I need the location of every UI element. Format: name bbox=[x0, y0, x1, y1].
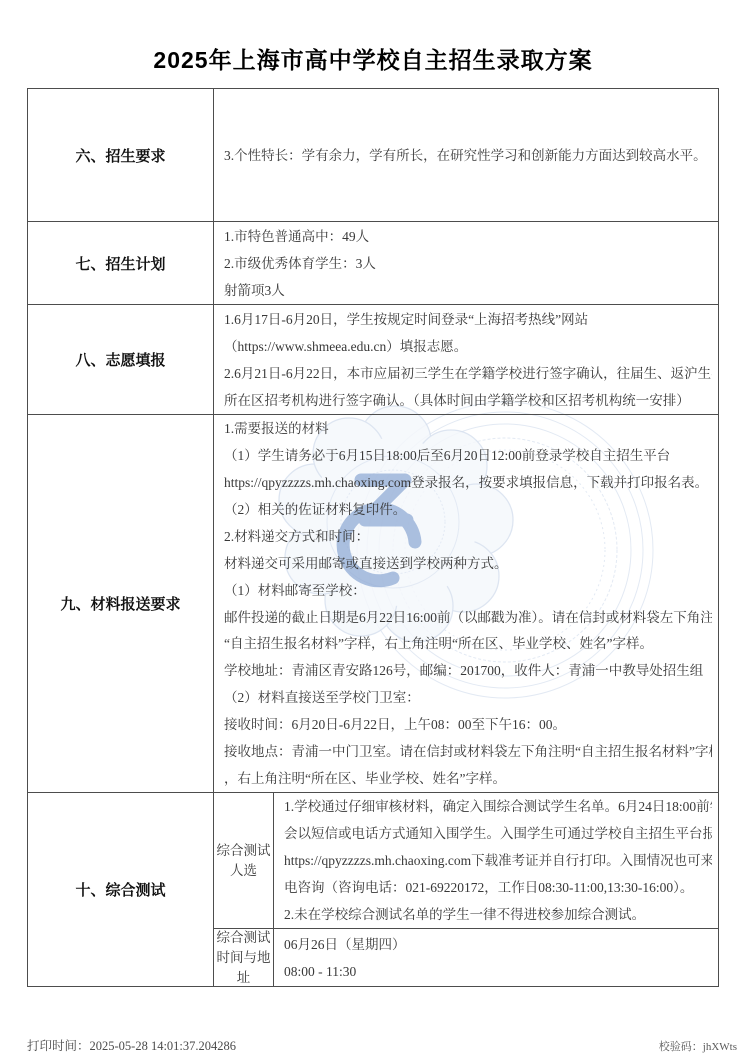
text-line: 1.需要报送的材料 bbox=[224, 415, 712, 442]
text-line: （https://www.shmeea.edu.cn）填报志愿。 bbox=[224, 333, 712, 360]
row-content: 1.市特色普通高中：49人 2.市级优秀体育学生：3人 射箭项3人 bbox=[214, 222, 718, 304]
admission-plan-table: 六、招生要求 3.个性特长：学有余力，学有所长，在研究性学习和创新能力方面达到较… bbox=[27, 88, 719, 987]
text-line: 射箭项3人 bbox=[224, 277, 712, 304]
subrow-test-shortlist: 综合测试人选 1.学校通过仔细审核材料，确定入围综合测试学生名单。6月24日18… bbox=[214, 793, 718, 929]
text-line: https://qpyzzzzs.mh.chaoxing.com登录报名，按要求… bbox=[224, 469, 712, 496]
text-line: 1.学校通过仔细审核材料，确定入围综合测试学生名单。6月24日18:00前学校 bbox=[284, 793, 712, 820]
text-line: 2.材料递交方式和时间： bbox=[224, 523, 712, 550]
row-label-comprehensive-test: 十、综合测试 bbox=[28, 793, 214, 986]
text-line: 3.个性特长：学有余力，学有所长，在研究性学习和创新能力方面达到较高水平。 bbox=[224, 142, 712, 169]
row-label-enrollment-plan: 七、招生计划 bbox=[28, 222, 214, 304]
text-line: 会以短信或电话方式通知入围学生。入围学生可通过学校自主招生平台报名 bbox=[284, 820, 712, 847]
row-content: 1.6月17日-6月20日，学生按规定时间登录“上海招考热线”网站 （https… bbox=[214, 305, 718, 414]
text-line: https://qpyzzzzs.mh.chaoxing.com下载准考证并自行… bbox=[284, 847, 712, 874]
subrow-test-time-place: 综合测试时间与地址 06月26日（星期四） 08:00 - 11:30 bbox=[214, 929, 718, 986]
text-line: 邮件投递的截止日期是6月22日16:00前（以邮戳为准）。请在信封或材料袋左下角… bbox=[224, 604, 712, 631]
text-line: 06月26日（星期四） bbox=[284, 931, 712, 958]
table-row: 十、综合测试 综合测试人选 1.学校通过仔细审核材料，确定入围综合测试学生名单。… bbox=[28, 793, 718, 986]
text-line: 接收时间：6月20日-6月22日，上午08：00至下午16：00。 bbox=[224, 711, 712, 738]
print-time-text: 打印时间：2025-05-28 14:01:37.204286 bbox=[27, 1036, 236, 1054]
text-line: （1）材料邮寄至学校： bbox=[224, 577, 712, 604]
subrow-content: 1.学校通过仔细审核材料，确定入围综合测试学生名单。6月24日18:00前学校 … bbox=[274, 793, 718, 928]
subrow-content: 06月26日（星期四） 08:00 - 11:30 bbox=[274, 929, 718, 986]
row-content: 1.需要报送的材料 （1）学生请务必于6月15日18:00后至6月20日12:0… bbox=[214, 415, 718, 792]
text-line: （2）材料直接送至学校门卫室： bbox=[224, 684, 712, 711]
row-label-enrollment-requirements: 六、招生要求 bbox=[28, 89, 214, 221]
comprehensive-test-subrows: 综合测试人选 1.学校通过仔细审核材料，确定入围综合测试学生名单。6月24日18… bbox=[214, 793, 718, 986]
text-line: 2.未在学校综合测试名单的学生一律不得进校参加综合测试。 bbox=[284, 901, 712, 928]
row-label-material-submission: 九、材料报送要求 bbox=[28, 415, 214, 792]
text-line: 1.市特色普通高中：49人 bbox=[224, 223, 712, 250]
check-code-text: 校验码：jhXWts bbox=[659, 1038, 737, 1054]
text-line: 2.6月21日-6月22日，本市应届初三学生在学籍学校进行签字确认，往届生、返沪… bbox=[224, 360, 712, 387]
row-label-application: 八、志愿填报 bbox=[28, 305, 214, 414]
table-row: 九、材料报送要求 1.需要报送的材料 （1）学生请务必于6月15日18:00后至… bbox=[28, 415, 718, 793]
subrow-label-time-place: 综合测试时间与地址 bbox=[214, 929, 274, 986]
table-row: 六、招生要求 3.个性特长：学有余力，学有所长，在研究性学习和创新能力方面达到较… bbox=[28, 89, 718, 222]
text-line: （1）学生请务必于6月15日18:00后至6月20日12:00前登录学校自主招生… bbox=[224, 442, 712, 469]
subrow-label-shortlist: 综合测试人选 bbox=[214, 793, 274, 928]
page-title: 2025年上海市高中学校自主招生录取方案 bbox=[27, 42, 719, 75]
text-line: ，右上角注明“所在区、毕业学校、姓名”字样。 bbox=[224, 765, 712, 792]
table-row: 七、招生计划 1.市特色普通高中：49人 2.市级优秀体育学生：3人 射箭项3人 bbox=[28, 222, 718, 305]
text-line: 电咨询（咨询电话：021-69220172，工作日08:30-11:00,13:… bbox=[284, 874, 712, 901]
text-line: 学校地址：青浦区青安路126号，邮编：201700，收件人：青浦一中教导处招生组 bbox=[224, 657, 712, 684]
text-line: “自主招生报名材料”字样，右上角注明“所在区、毕业学校、姓名”字样。 bbox=[224, 630, 712, 657]
table-row: 八、志愿填报 1.6月17日-6月20日，学生按规定时间登录“上海招考热线”网站… bbox=[28, 305, 718, 415]
text-line: （2）相关的佐证材料复印件。 bbox=[224, 496, 712, 523]
text-line: 接收地点：青浦一中门卫室。请在信封或材料袋左下角注明“自主招生报名材料”字样 bbox=[224, 738, 712, 765]
text-line: 所在区招考机构进行签字确认。（具体时间由学籍学校和区招考机构统一安排） bbox=[224, 387, 712, 414]
row-content: 3.个性特长：学有余力，学有所长，在研究性学习和创新能力方面达到较高水平。 bbox=[214, 89, 718, 221]
text-line: 1.6月17日-6月20日，学生按规定时间登录“上海招考热线”网站 bbox=[224, 306, 712, 333]
text-line: 2.市级优秀体育学生：3人 bbox=[224, 250, 712, 277]
text-line: 材料递交可采用邮寄或直接送到学校两种方式。 bbox=[224, 550, 712, 577]
text-line: 08:00 - 11:30 bbox=[284, 958, 712, 985]
